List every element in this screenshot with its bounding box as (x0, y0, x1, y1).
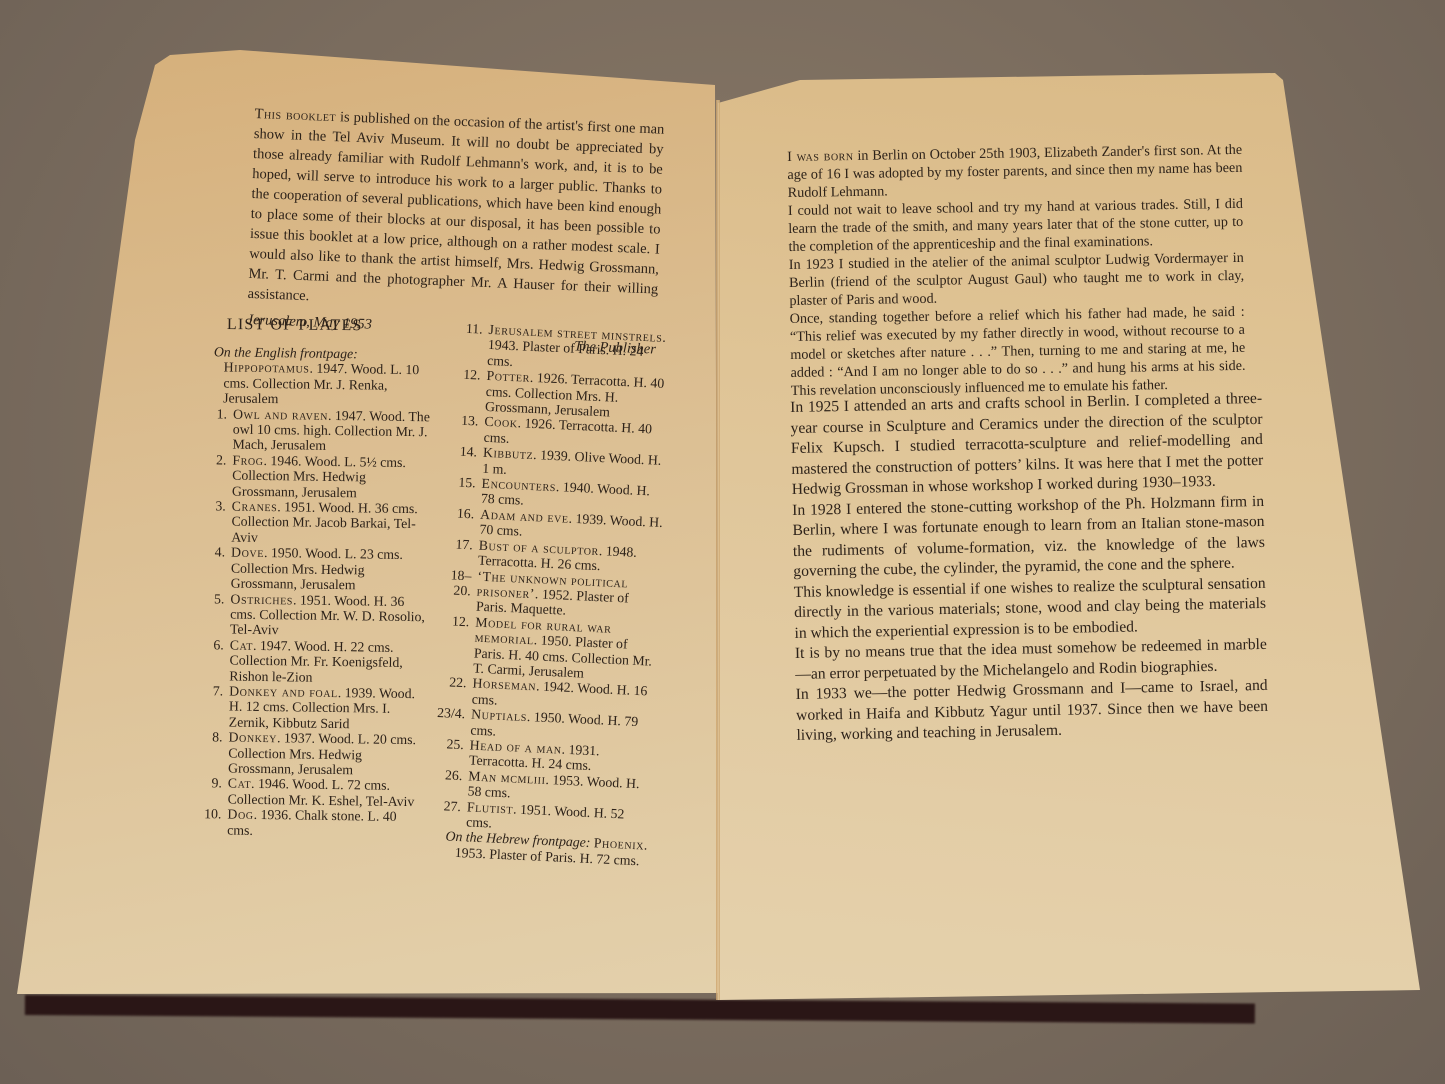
plate-number: 22. (430, 674, 473, 707)
plate-body: Owl and raven. 1947. Wood. The owl 10 cm… (232, 406, 431, 455)
plate-entry: 1.Owl and raven. 1947. Wood. The owl 10 … (190, 406, 431, 456)
plate-title: Donkey (228, 730, 277, 746)
frontpage-label: On the English frontpage: (214, 344, 358, 361)
plate-number: 12. (431, 612, 476, 675)
plate-entry: 9.Cat. 1946. Wood. L. 72 cms. Collection… (186, 775, 426, 809)
biography-lower: In 1925 I attended an arts and crafts sc… (790, 389, 1269, 746)
plate-body: Model for rural war memorial. 1950. Plas… (473, 614, 659, 684)
plate-title: Ostriches (230, 591, 293, 607)
plate-title: Cook (484, 414, 518, 430)
plate-number: 17. (436, 535, 479, 568)
plates-column-1: On the English frontpage: Hippopotamus. … (185, 344, 432, 840)
plate-body: Cat. 1946. Wood. L. 72 cms. Collection M… (228, 776, 426, 810)
plate-body: Donkey. 1937. Wood. L. 20 cms. Collectio… (228, 730, 427, 779)
plate-details: . 1946. Wood. L. 72 cms. Collection Mr. … (228, 776, 415, 809)
bio-paragraph-5: In 1925 I attended an arts and crafts sc… (790, 389, 1264, 501)
plate-title: Dove (231, 545, 264, 560)
plate-number: 4. (189, 544, 232, 591)
plate-title: Cat (230, 637, 253, 652)
bio-paragraph-2: I could not wait to leave school and try… (788, 195, 1244, 256)
plate-title: Cat (228, 776, 251, 791)
plate-number: 25. (427, 736, 470, 769)
bio-paragraph-7: This knowledge is essential if one wishe… (794, 573, 1267, 644)
plate-number: 7. (187, 683, 230, 730)
bio-paragraph-6: In 1928 I entered the stone-cutting work… (792, 491, 1265, 582)
plate-number: 18–20. (434, 566, 478, 614)
bio-paragraph-4: Once, standing together before a relief … (790, 303, 1246, 400)
plate-body: Dove. 1950. Wood. L. 23 cms. Collection … (231, 545, 430, 594)
plate-number: 11. (445, 320, 489, 368)
plate-number: 8. (186, 729, 229, 776)
plate-number: 5. (188, 590, 231, 637)
plate-body: Ostriches. 1951. Wood. H. 36 cms. Collec… (230, 591, 429, 640)
plate-number: 27. (424, 797, 467, 830)
plates-column-2: 11.Jerusalem street minstrels. 1943. Pla… (423, 320, 672, 869)
bio-paragraph-9: In 1933 we—the potter Hedwig Grossmann a… (796, 676, 1269, 747)
bio-paragraph-1: I was born in Berlin on October 25th 190… (787, 141, 1243, 202)
plate-body: Dog. 1936. Chalk stone. L. 40 cms. (227, 807, 425, 841)
plate-title: Frog (232, 452, 263, 467)
plate-details: . 1947. Wood. H. 22 cms. Collection Mr. … (229, 638, 403, 685)
plate-entry: 8.Donkey. 1937. Wood. L. 20 cms. Collect… (186, 729, 427, 779)
plate-entry: 2.Frog. 1946. Wood. L. 5½ cms. Collectio… (190, 452, 431, 502)
plate-title: Flutist (467, 799, 514, 816)
plate-body: Donkey and foal. 1939. Wood. H. 12 cms. … (229, 683, 428, 732)
plate-number: 26. (425, 766, 468, 799)
plate-entry: 7.Donkey and foal. 1939. Wood. H. 12 cms… (187, 683, 428, 733)
plate-body: ‘The unknown political prisoner’. 1952. … (476, 568, 661, 622)
plate-number: 6. (187, 637, 230, 684)
plate-body: Jerusalem street minstrels. 1943. Plaste… (487, 322, 672, 376)
plate-number: 1. (190, 406, 233, 453)
plate-entry: 3.Cranes. 1951. Wood. H. 36 cms. Collect… (189, 498, 430, 548)
plate-entry: 5.Ostriches. 1951. Wood. H. 36 cms. Coll… (188, 590, 429, 640)
plate-title: Kibbutz (483, 445, 534, 462)
plate-details: . 1936. Chalk stone. L. 40 cms. (227, 807, 397, 837)
plate-number: 13. (441, 412, 484, 445)
plate-entry: On the English frontpage: Hippopotamus. … (191, 344, 432, 409)
biography-upper: I was born in Berlin on October 25th 190… (787, 141, 1246, 400)
plate-entry: 4.Dove. 1950. Wood. L. 23 cms. Collectio… (189, 544, 430, 594)
booklet-shadow (25, 995, 1255, 1024)
plate-body: Cat. 1947. Wood. H. 22 cms. Collection M… (229, 637, 428, 686)
plate-entry: 6.Cat. 1947. Wood. H. 22 cms. Collection… (187, 637, 428, 687)
booklet-spine (716, 100, 720, 1000)
plate-number: 15. (439, 474, 482, 507)
plate-title: Cranes (232, 499, 278, 515)
bio-paragraph-3: In 1923 I studied in the atelier of the … (789, 249, 1245, 310)
plate-body: Cranes. 1951. Wood. H. 36 cms. Collectio… (231, 499, 430, 548)
plate-number: 9. (186, 775, 228, 806)
plate-number: 2. (190, 452, 233, 499)
plate-number: 10. (185, 806, 227, 837)
plate-title: Donkey and foal (229, 683, 338, 700)
list-of-plates-heading: LIST OF PLATES (227, 316, 363, 335)
plate-title: Phoenix (594, 836, 645, 853)
publisher-note-text: This booklet is published on the occasio… (247, 104, 664, 320)
plate-entry: 10.Dog. 1936. Chalk stone. L. 40 cms. (185, 806, 425, 840)
bio-lead: I was born (787, 148, 854, 165)
plate-number: 23/4. (428, 705, 471, 738)
plate-title: Potter (486, 368, 530, 385)
plate-number: 12. (443, 366, 487, 414)
plate-body: Potter. 1926. Terracotta. H. 40 cms. Col… (485, 368, 670, 422)
plate-entry: 12.Model for rural war memorial. 1950. P… (431, 612, 659, 684)
plate-number: 14. (440, 443, 483, 476)
plate-number: 3. (189, 498, 232, 545)
plate-title: Dog (227, 807, 253, 822)
plate-title: Owl and raven (233, 406, 328, 422)
publisher-note-lead: This booklet (254, 106, 336, 125)
plate-body: Frog. 1946. Wood. L. 5½ cms. Collection … (232, 452, 431, 501)
plate-number: 16. (437, 505, 480, 538)
plate-title: Hippopotamus (224, 360, 310, 376)
